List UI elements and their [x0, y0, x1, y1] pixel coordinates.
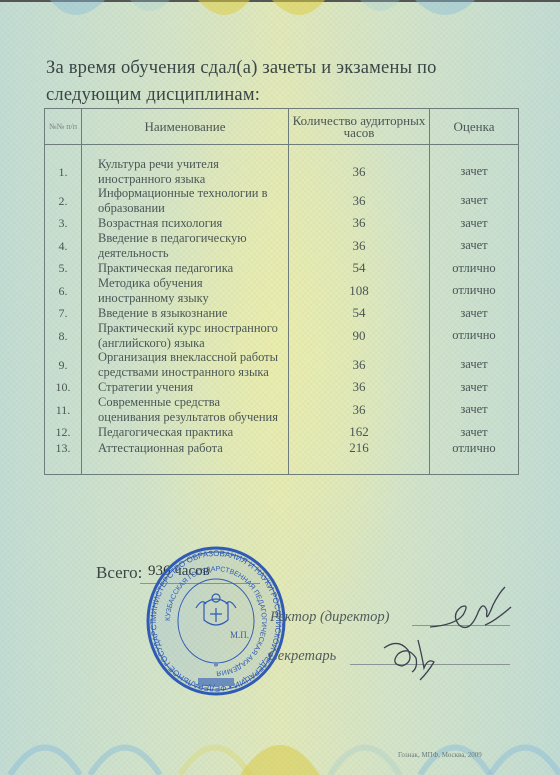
table-row: 6.Методика обучения иностранному языку10…	[45, 276, 519, 305]
row-discipline-name: Практическая педагогика	[82, 260, 289, 276]
table-row: 7.Введение в языкознание54зачет	[45, 305, 519, 321]
table-row: 8.Практический курс иностранного (англий…	[45, 321, 519, 350]
table-body: 1.Культура речи учителя иностранного язы…	[45, 145, 519, 475]
table-row: 4.Введение в педагогическую деятельность…	[45, 231, 519, 260]
table-row: 12.Педагогическая практика162зачет	[45, 424, 519, 440]
secretary-signature	[378, 628, 448, 683]
row-hours: 54	[289, 260, 430, 276]
row-hours: 36	[289, 350, 430, 379]
header-grade: Оценка	[430, 109, 519, 145]
row-grade: зачет	[430, 157, 519, 186]
row-discipline-name: Введение в педагогическую деятельность	[82, 231, 289, 260]
row-discipline-name: Современные средства оценивания результа…	[82, 395, 289, 424]
row-grade: отлично	[430, 440, 519, 456]
row-hours: 36	[289, 186, 430, 215]
row-number: 7.	[45, 305, 82, 321]
row-number: 4.	[45, 231, 82, 260]
row-number: 6.	[45, 276, 82, 305]
header-hours: Количество аудиторных часов	[289, 109, 430, 145]
row-hours: 36	[289, 379, 430, 395]
table-row: 10.Стратегии учения36зачет	[45, 379, 519, 395]
row-discipline-name: Стратегии учения	[82, 379, 289, 395]
table-row: 13.Аттестационная работа216отлично	[45, 440, 519, 456]
row-grade: зачет	[430, 379, 519, 395]
row-grade: отлично	[430, 260, 519, 276]
row-number: 13.	[45, 440, 82, 456]
row-grade: зачет	[430, 424, 519, 440]
stamp-place-mark: М.П.	[230, 630, 249, 640]
row-grade: зачет	[430, 215, 519, 231]
row-grade: зачет	[430, 186, 519, 215]
row-hours: 90	[289, 321, 430, 350]
row-number: 12.	[45, 424, 82, 440]
rector-signature-line	[412, 625, 510, 626]
row-number: 1.	[45, 157, 82, 186]
total-label: Всего:	[96, 563, 142, 582]
official-seal-icon: МИНИСТЕРСТВО ОБРАЗОВАНИЯ И НАУКИ РОССИЙС…	[146, 546, 286, 696]
row-discipline-name: Организация внеклассной работы средствам…	[82, 350, 289, 379]
header-number: №№ п/п	[45, 109, 82, 145]
row-discipline-name: Практический курс иностранного (английск…	[82, 321, 289, 350]
row-hours: 36	[289, 231, 430, 260]
row-number: 5.	[45, 260, 82, 276]
row-hours: 36	[289, 395, 430, 424]
row-hours: 36	[289, 157, 430, 186]
row-hours: 36	[289, 215, 430, 231]
row-grade: отлично	[430, 276, 519, 305]
row-grade: зачет	[430, 305, 519, 321]
rector-signature	[425, 585, 515, 645]
row-discipline-name: Введение в языкознание	[82, 305, 289, 321]
row-hours: 54	[289, 305, 430, 321]
secretary-label: Секретарь	[268, 648, 336, 665]
row-number: 9.	[45, 350, 82, 379]
row-discipline-name: Информационные технологии в образовании	[82, 186, 289, 215]
row-discipline-name: Культура речи учителя иностранного языка	[82, 157, 289, 186]
top-edge	[0, 0, 560, 2]
header-name: Наименование	[82, 109, 289, 145]
total-hours: Всего: 936 часов	[96, 563, 142, 583]
table-row: 2.Информационные технологии в образовани…	[45, 186, 519, 215]
table-row: 5.Практическая педагогика54отлично	[45, 260, 519, 276]
row-discipline-name: Методика обучения иностранному языку	[82, 276, 289, 305]
row-discipline-name: Педагогическая практика	[82, 424, 289, 440]
table-row: 9.Организация внеклассной работы средств…	[45, 350, 519, 379]
row-discipline-name: Возрастная психология	[82, 215, 289, 231]
svg-text:*: *	[214, 662, 219, 673]
row-number: 2.	[45, 186, 82, 215]
guilloche-top-decoration	[0, 0, 560, 30]
row-number: 10.	[45, 379, 82, 395]
secretary-signature-line	[350, 664, 510, 665]
rector-label: Ректор (директор)	[270, 609, 389, 626]
row-hours: 162	[289, 424, 430, 440]
row-hours: 108	[289, 276, 430, 305]
table-row: 1.Культура речи учителя иностранного язы…	[45, 157, 519, 186]
printer-imprint: Гознак, МПФ, Москва, 2009	[398, 751, 482, 759]
table-header-row: №№ п/п Наименование Количество аудиторны…	[45, 109, 519, 145]
row-number: 3.	[45, 215, 82, 231]
row-hours: 216	[289, 440, 430, 456]
page-heading: За время обучения сдал(а) зачеты и экзам…	[46, 55, 526, 109]
grades-table: №№ п/п Наименование Количество аудиторны…	[44, 108, 519, 475]
row-grade: отлично	[430, 321, 519, 350]
guilloche-bottom-decoration	[0, 725, 560, 775]
row-grade: зачет	[430, 395, 519, 424]
row-grade: зачет	[430, 231, 519, 260]
row-number: 8.	[45, 321, 82, 350]
row-number: 11.	[45, 395, 82, 424]
row-discipline-name: Аттестационная работа	[82, 440, 289, 456]
table-row: 3.Возрастная психология36зачет	[45, 215, 519, 231]
table-row: 11.Современные средства оценивания резул…	[45, 395, 519, 424]
row-grade: зачет	[430, 350, 519, 379]
